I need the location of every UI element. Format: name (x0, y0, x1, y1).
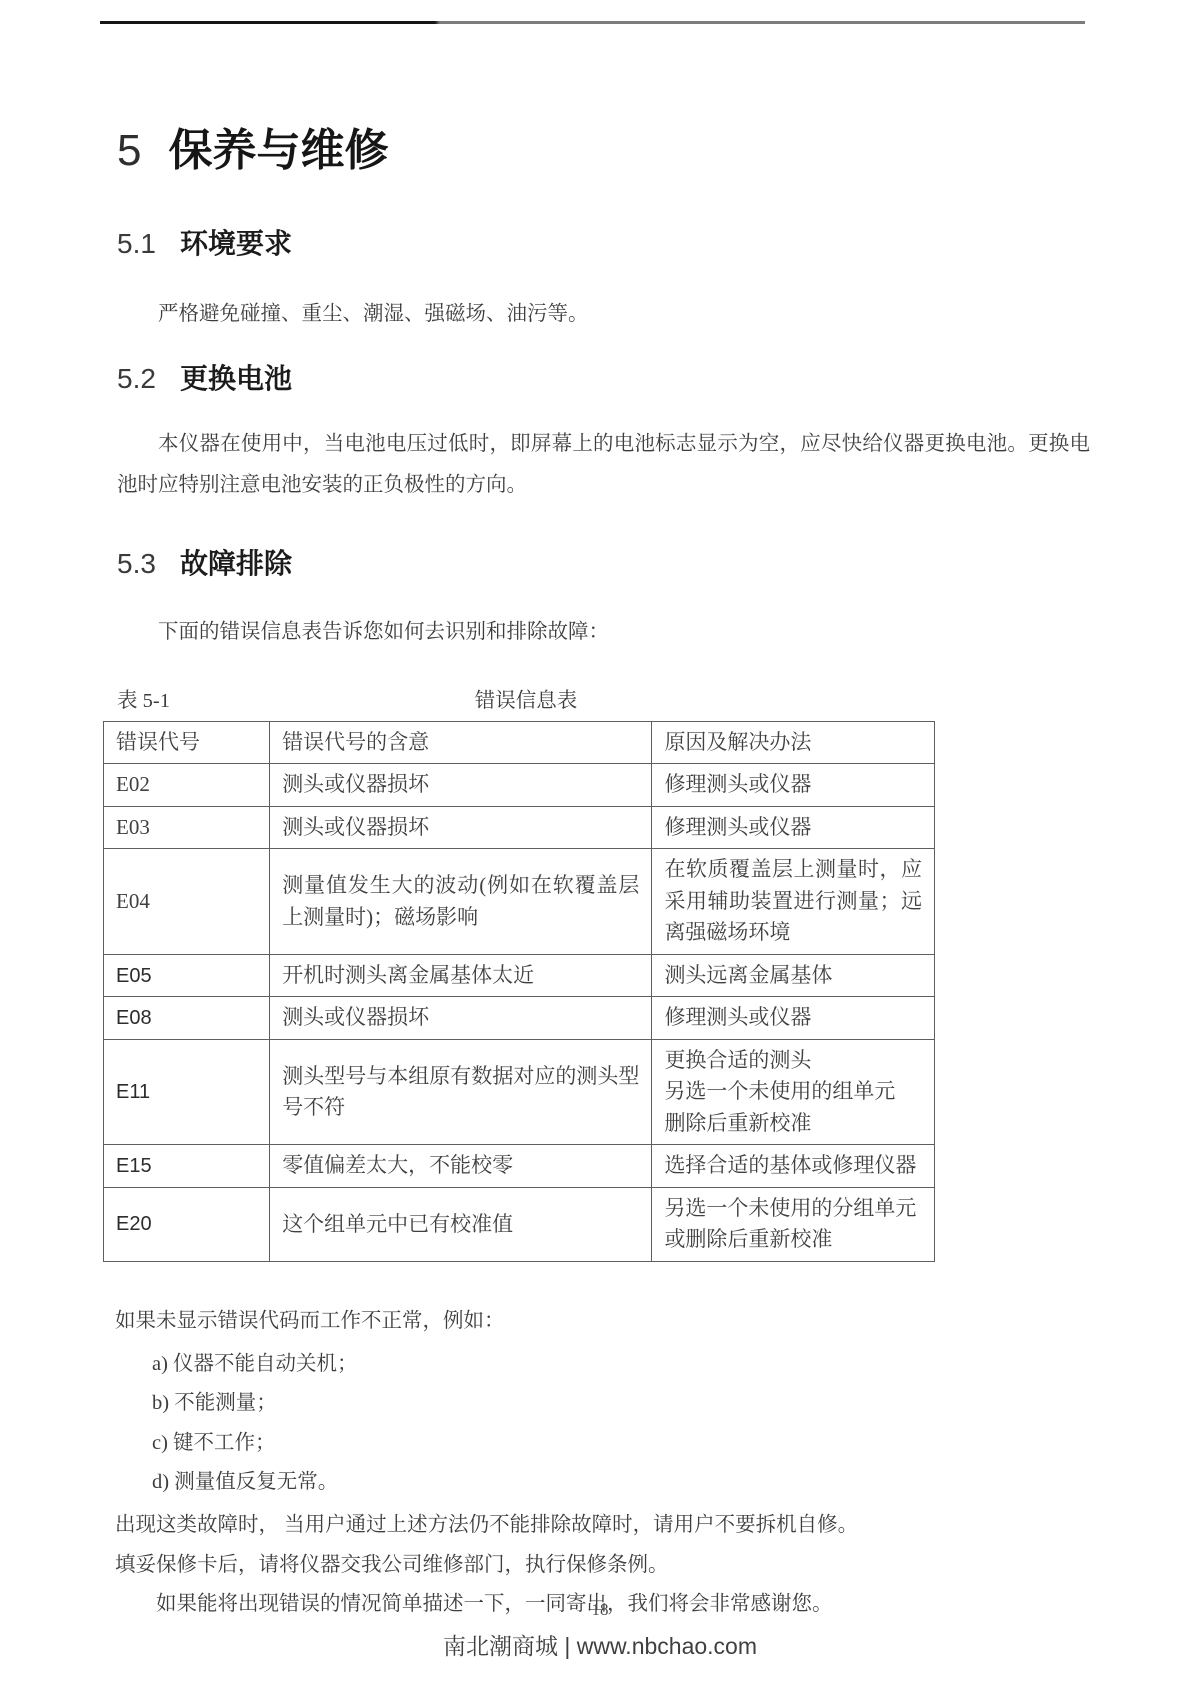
table-row-e11: E11 测头型号与本组原有数据对应的测头型号不符 更换合适的测头 另选一个未使用… (104, 1039, 935, 1145)
error-meaning: 测头或仪器损坏 (270, 806, 652, 849)
section-heading-battery: 5.2更换电池 (117, 361, 1090, 397)
no-error-code-intro: 如果未显示错误代码而工作不正常，例如： (115, 1302, 1090, 1341)
error-meaning: 测头或仪器损坏 (270, 997, 652, 1040)
section-number: 5.1 (117, 228, 156, 259)
error-code: E02 (104, 764, 270, 807)
repair-warning-note: 出现这类故障时， 当用户通过上述方法仍不能排除故障时，请用户不要拆机自修。 (115, 1506, 1094, 1545)
error-meaning: 测量值发生大的波动(例如在软覆盖层上测量时)；磁场影响 (270, 849, 652, 955)
section-paragraph-battery: 本仪器在使用中，当电池电压过低时，即屏幕上的电池标志显示为空，应尽快给仪器更换电… (117, 424, 1090, 506)
table-row-e20: E20 这个组单元中已有校准值 另选一个未使用的分组单元 或删除后重新校准 (104, 1187, 935, 1261)
error-meaning: 开机时测头离金属基体太近 (270, 954, 652, 997)
chapter-title: 保养与维修 (168, 126, 388, 175)
error-code: E08 (104, 997, 270, 1040)
error-code: E03 (104, 806, 270, 849)
table-caption-title: 错误信息表 (117, 687, 935, 715)
section-heading-environment: 5.1环境要求 (117, 226, 1090, 262)
column-header-solution: 原因及解决办法 (652, 721, 935, 764)
table-row-e04: E04 测量值发生大的波动(例如在软覆盖层上测量时)；磁场影响 在软质覆盖层上测… (104, 849, 935, 955)
error-meaning: 测头型号与本组原有数据对应的测头型号不符 (270, 1039, 652, 1145)
column-header-meaning: 错误代号的含意 (270, 721, 652, 764)
error-solution: 测头远离金属基体 (652, 954, 935, 997)
error-code: E11 (104, 1039, 270, 1145)
section-paragraph-troubleshooting: 下面的错误信息表告诉您如何去识别和排除故障： (117, 612, 1090, 653)
table-row-e15: E15 零值偏差太大，不能校零 选择合适的基体或修理仪器 (104, 1145, 935, 1188)
section-title: 更换电池 (180, 363, 292, 394)
section-title: 故障排除 (180, 548, 292, 579)
chapter-number: 5 (117, 126, 142, 175)
section-number: 5.2 (117, 363, 156, 394)
warranty-note: 填妥保修卡后，请将仪器交我公司维修部门，执行保修条例。 (115, 1546, 1094, 1585)
error-meaning: 测头或仪器损坏 (270, 764, 652, 807)
page-footer: 18 南北潮商城 | www.nbchao.com (0, 1600, 1200, 1661)
error-meaning: 零值偏差太大，不能校零 (270, 1145, 652, 1188)
error-meaning: 这个组单元中已有校准值 (270, 1187, 652, 1261)
error-code: E05 (104, 954, 270, 997)
table-row-e02: E02 测头或仪器损坏 修理测头或仪器 (104, 764, 935, 807)
error-solution: 另选一个未使用的分组单元 或删除后重新校准 (652, 1187, 935, 1261)
error-code: E15 (104, 1145, 270, 1188)
table-caption: 表 5-1 错误信息表 (117, 687, 935, 715)
manual-page: 5保养与维修 5.1环境要求 严格避免碰撞、重尘、潮湿、强磁场、油污等。 5.2… (0, 0, 1200, 1697)
error-code: E04 (104, 849, 270, 955)
section-paragraph-environment: 严格避免碰撞、重尘、潮湿、强磁场、油污等。 (117, 294, 1090, 335)
error-solution: 修理测头或仪器 (652, 806, 935, 849)
error-info-table: 错误代号 错误代号的含意 原因及解决办法 E02 测头或仪器损坏 修理测头或仪器… (103, 721, 935, 1262)
section-number: 5.3 (117, 548, 156, 579)
error-solution: 在软质覆盖层上测量时，应采用辅助装置进行测量；远离强磁场环境 (652, 849, 935, 955)
error-solution: 修理测头或仪器 (652, 997, 935, 1040)
table-row-e08: E08 测头或仪器损坏 修理测头或仪器 (104, 997, 935, 1040)
table-header-row: 错误代号 错误代号的含意 原因及解决办法 (104, 721, 935, 764)
section-heading-troubleshooting: 5.3故障排除 (117, 546, 1090, 582)
table-row-e03: E03 测头或仪器损坏 修理测头或仪器 (104, 806, 935, 849)
fault-symptom-list: a) 仪器不能自动关机； b) 不能测量； c) 键不工作； d) 测量值反复无… (152, 1345, 1200, 1502)
section-title: 环境要求 (180, 228, 292, 259)
list-item: c) 键不工作； (152, 1424, 1200, 1463)
list-item: d) 测量值反复无常。 (152, 1463, 1200, 1502)
header-divider (100, 21, 1085, 24)
error-code: E20 (104, 1187, 270, 1261)
error-solution: 更换合适的测头 另选一个未使用的组单元 删除后重新校准 (652, 1039, 935, 1145)
site-watermark: 南北潮商城 | www.nbchao.com (0, 1628, 1200, 1661)
error-solution: 修理测头或仪器 (652, 764, 935, 807)
column-header-code: 错误代号 (104, 721, 270, 764)
list-item: a) 仪器不能自动关机； (152, 1345, 1200, 1384)
chapter-heading: 5保养与维修 (117, 125, 1090, 178)
error-solution: 选择合适的基体或修理仪器 (652, 1145, 935, 1188)
page-number: 18 (0, 1600, 1200, 1620)
list-item: b) 不能测量； (152, 1384, 1200, 1423)
table-row-e05: E05 开机时测头离金属基体太近 测头远离金属基体 (104, 954, 935, 997)
